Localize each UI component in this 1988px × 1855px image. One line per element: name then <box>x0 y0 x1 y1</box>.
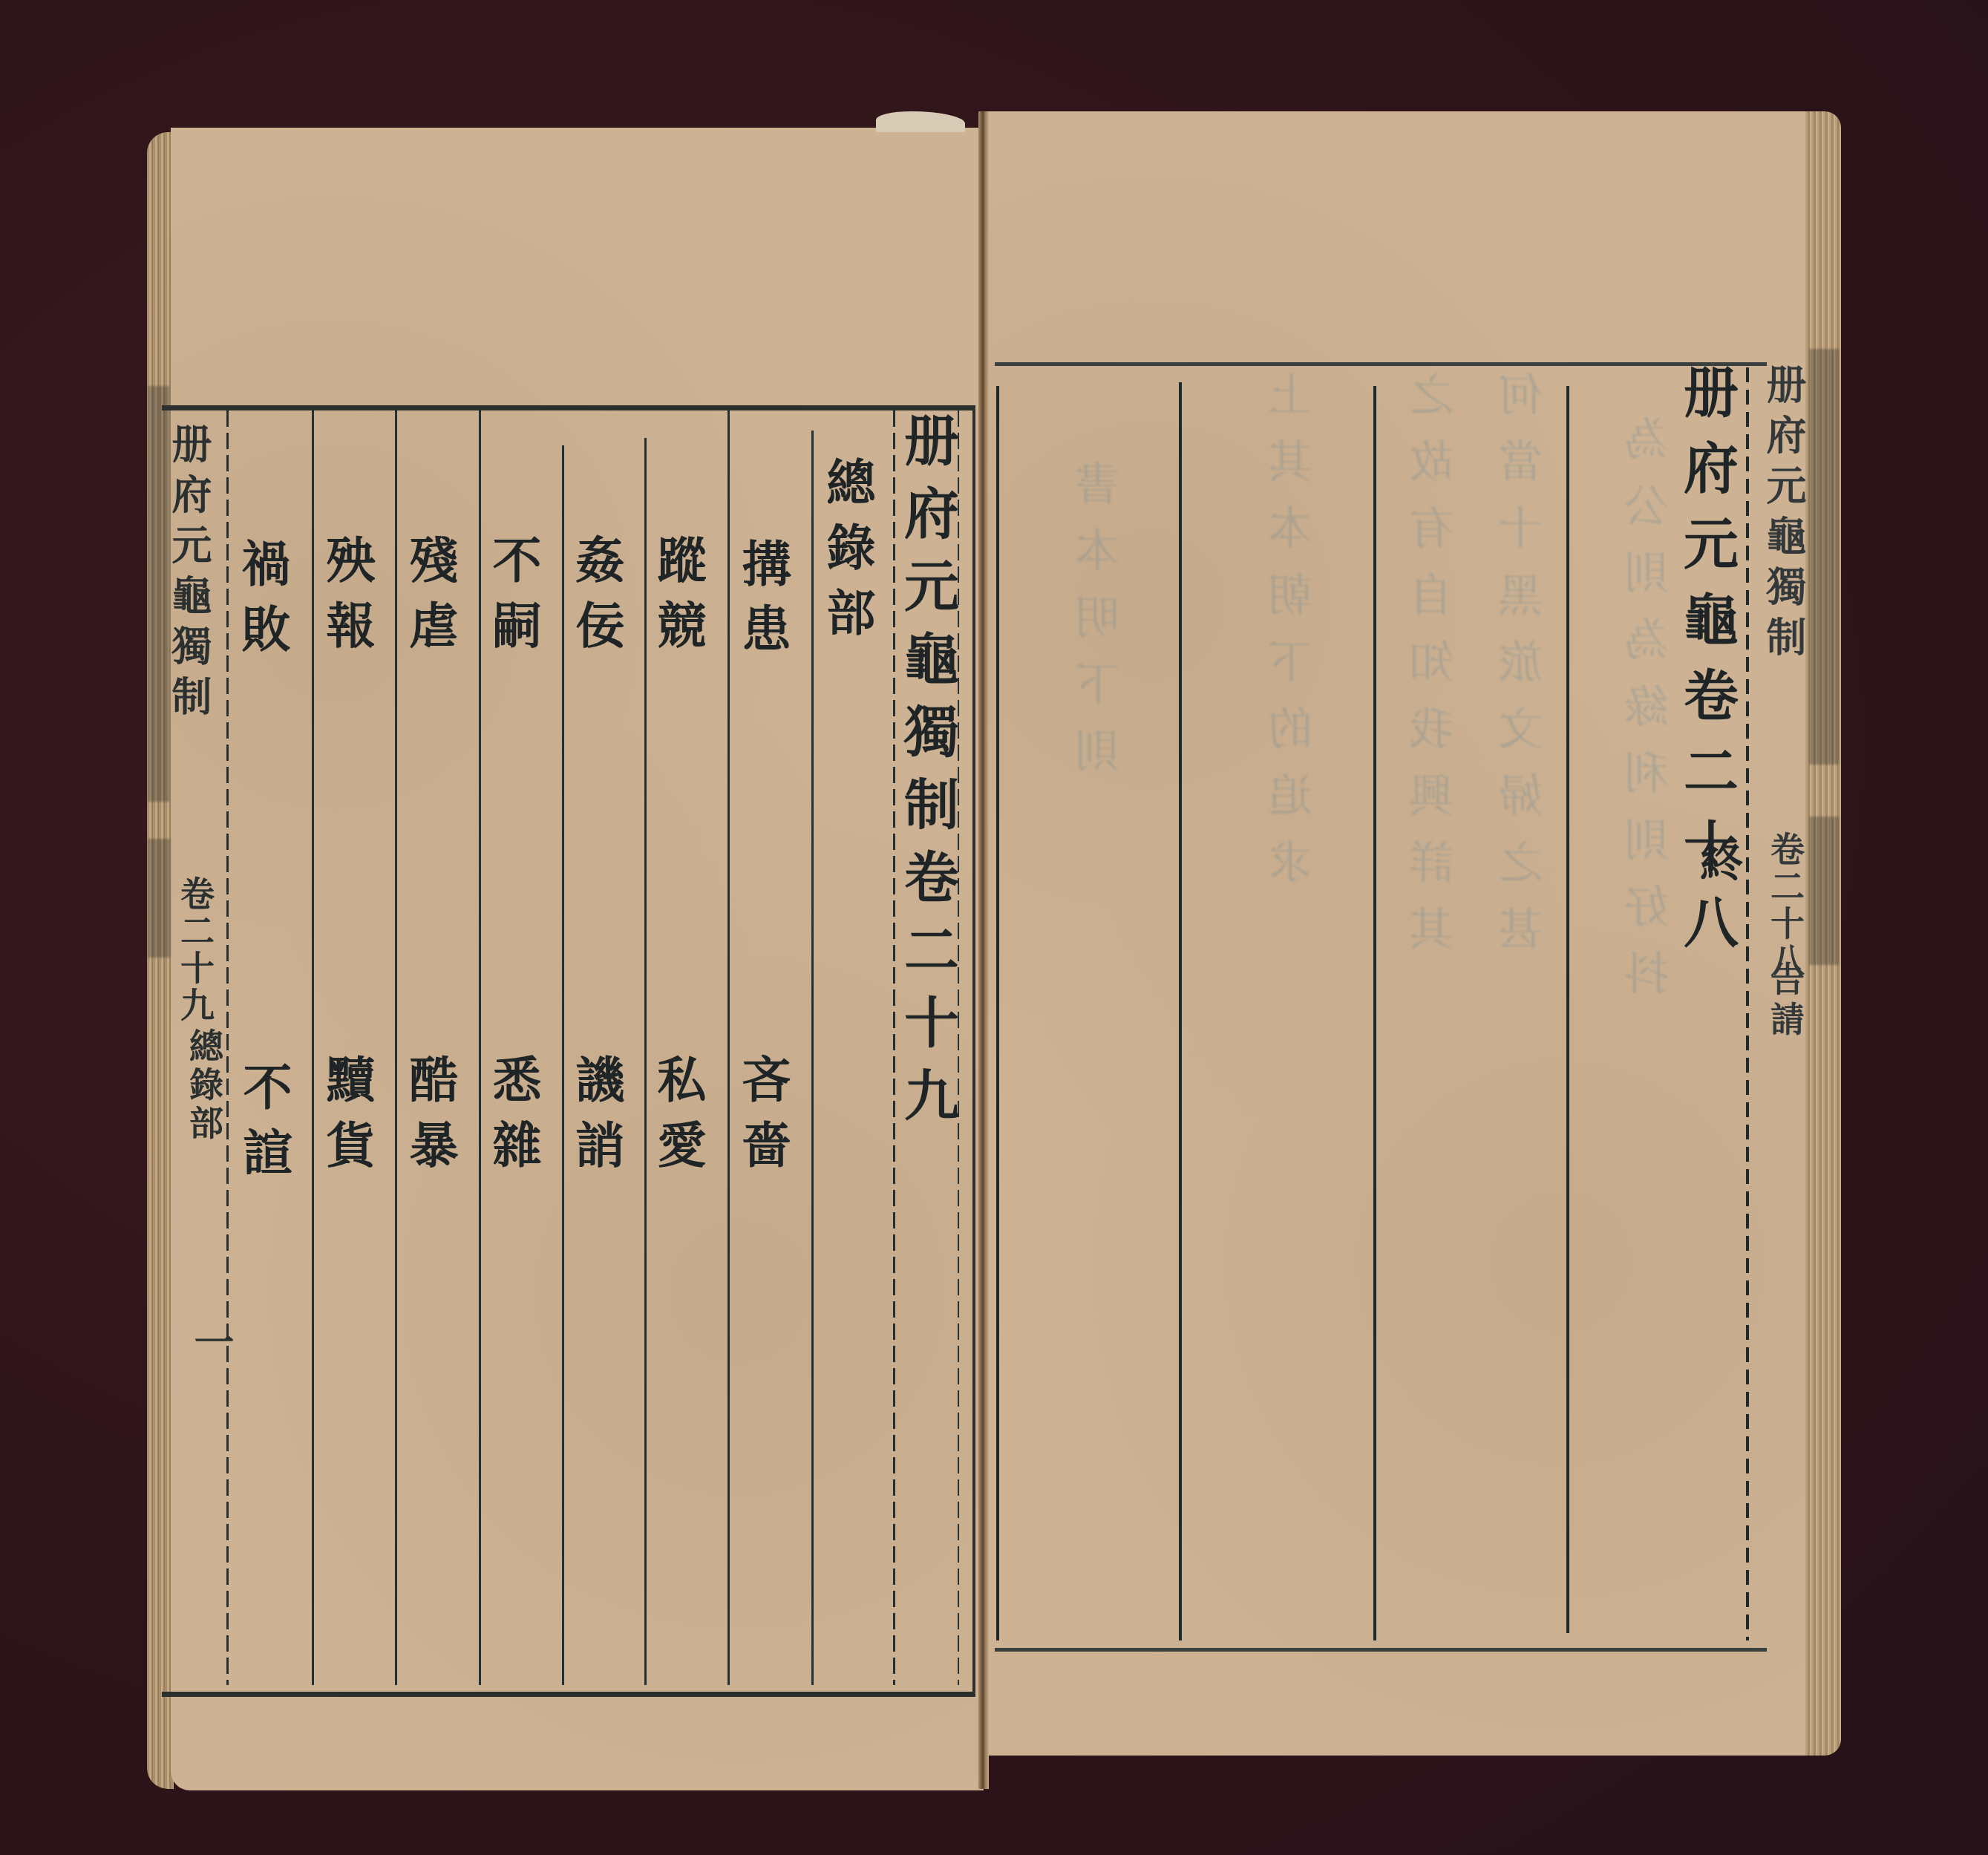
toc-item: 姦佞 <box>572 534 621 665</box>
section-heading: 總錄部 <box>823 457 872 652</box>
bleed-through-text: 為公則為綠利則好抖 <box>1618 416 1682 1017</box>
toc-item: 悉雜 <box>488 1054 537 1185</box>
bleed-through-text: 上其本朝下的追求 <box>1262 371 1326 906</box>
column-rule <box>312 410 314 1685</box>
volume-heading: 册府元龜獨制卷二十九 <box>900 412 955 1139</box>
margin-book-title: 册府元龜獨制 <box>1764 364 1804 667</box>
ink-smudge <box>1810 817 1840 965</box>
toc-item: 黷貨 <box>322 1054 371 1185</box>
margin-volume: 卷二十九 <box>178 876 212 1024</box>
ink-smudge <box>1810 349 1840 765</box>
toc-item: 吝嗇 <box>738 1054 787 1185</box>
toc-item: 搆患 <box>738 538 787 669</box>
column-rule <box>1746 367 1749 1640</box>
column-rule <box>479 410 481 1685</box>
column-rule <box>727 410 730 1685</box>
torn-paper-fragment <box>876 111 965 132</box>
margin-section: 告請 <box>1768 961 1802 1041</box>
column-rule <box>644 438 647 1685</box>
book-spine-gutter <box>978 111 989 1789</box>
margin-section: 總錄部 <box>187 1028 221 1144</box>
toc-item: 私愛 <box>653 1054 702 1185</box>
column-rule <box>395 410 397 1685</box>
toc-item: 殃報 <box>322 534 371 665</box>
margin-page-number: 一 <box>192 1321 232 1372</box>
bleed-through-text: 何當十黑旅文婦之甚 <box>1492 371 1556 972</box>
margin-volume: 卷二十八 <box>1768 831 1802 980</box>
column-rule <box>996 386 999 1640</box>
column-rule <box>1566 386 1569 1633</box>
bleed-through-text: 書本明下則 <box>1069 460 1133 794</box>
column-rule <box>226 410 229 1685</box>
column-rule <box>1373 386 1376 1640</box>
margin-book-title: 册府元龜獨制 <box>169 423 209 726</box>
toc-item: 酷暴 <box>405 1054 454 1185</box>
toc-item: 蹤競 <box>653 534 702 665</box>
toc-item: 殘虐 <box>405 534 454 665</box>
column-rule <box>562 445 564 1685</box>
toc-item: 禍敗 <box>238 538 287 669</box>
bleed-through-text: 之故有自知我興詳其 <box>1403 371 1467 972</box>
toc-item: 不嗣 <box>488 534 537 665</box>
column-rule <box>1179 382 1182 1640</box>
end-mark: 終 <box>1696 839 1739 898</box>
toc-item: 譏誚 <box>572 1054 621 1185</box>
column-rule <box>811 431 814 1685</box>
toc-item: 不諠 <box>239 1061 288 1192</box>
